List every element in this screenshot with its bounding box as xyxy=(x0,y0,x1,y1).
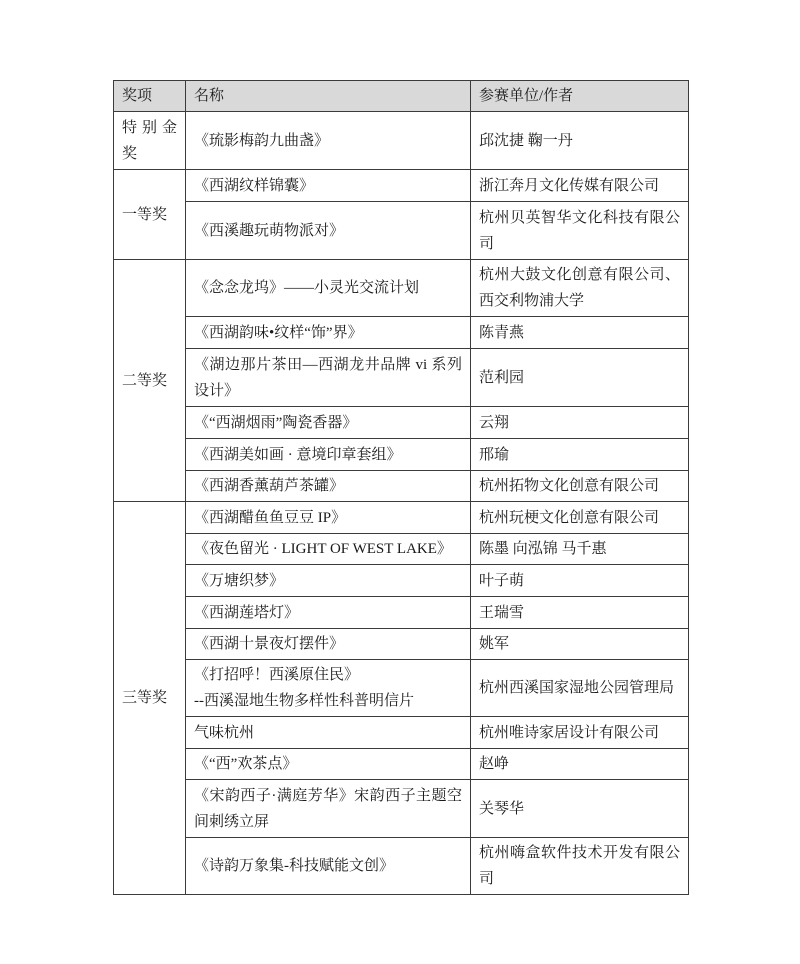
entry-name-cell: 《西湖纹样锦囊》 xyxy=(186,170,471,202)
table-row: 《西湖莲塔灯》王瑞雪 xyxy=(114,597,689,629)
table-row: 《西湖韵味•纹样“饰”界》陈青燕 xyxy=(114,317,689,349)
table-row: 《西湖美如画 · 意境印章套组》邢瑜 xyxy=(114,439,689,471)
entry-unit-cell: 范利园 xyxy=(471,349,689,407)
entry-unit-cell: 云翔 xyxy=(471,407,689,439)
entry-unit-cell: 浙江奔月文化传媒有限公司 xyxy=(471,170,689,202)
entry-unit-cell: 杭州拓物文化创意有限公司 xyxy=(471,471,689,502)
table-row: 三等奖《西湖醋鱼鱼豆豆 IP》杭州玩梗文化创意有限公司 xyxy=(114,502,689,534)
entry-name-cell: 《万塘织梦》 xyxy=(186,565,471,597)
entry-unit-cell: 关琴华 xyxy=(471,780,689,838)
table-row: 《“西”欢茶点》赵峥 xyxy=(114,749,689,780)
entry-name-cell: 《打招呼！西溪原住民》 --西溪湿地生物多样性科普明信片 xyxy=(186,660,471,717)
table-row: 气味杭州杭州唯诗家居设计有限公司 xyxy=(114,717,689,749)
awards-table-body: 特别金奖《琉影梅韵九曲盏》邱沈捷 鞠一丹一等奖《西湖纹样锦囊》浙江奔月文化传媒有… xyxy=(114,112,689,895)
entry-name-cell: 《“西湖烟雨”陶瓷香器》 xyxy=(186,407,471,439)
entry-unit-cell: 杭州大鼓文化创意有限公司、西交利物浦大学 xyxy=(471,260,689,317)
entry-name-cell: 气味杭州 xyxy=(186,717,471,749)
entry-name-cell: 《西湖韵味•纹样“饰”界》 xyxy=(186,317,471,349)
entry-name-cell: 《西湖十景夜灯摆件》 xyxy=(186,629,471,660)
award-tier-cell: 二等奖 xyxy=(114,260,186,502)
table-header-row: 奖项 名称 参赛单位/作者 xyxy=(114,81,689,112)
table-row: 《夜色留光 · LIGHT OF WEST LAKE》陈墨 向泓锦 马千惠 xyxy=(114,534,689,565)
entry-name-cell: 《西湖香薰葫芦茶罐》 xyxy=(186,471,471,502)
entry-unit-cell: 杭州唯诗家居设计有限公司 xyxy=(471,717,689,749)
table-row: 《湖边那片茶田—西湖龙井品牌 vi 系列设计》范利园 xyxy=(114,349,689,407)
entry-name-cell: 《西湖莲塔灯》 xyxy=(186,597,471,629)
table-row: 二等奖《念念龙坞》——小灵光交流计划杭州大鼓文化创意有限公司、西交利物浦大学 xyxy=(114,260,689,317)
entry-unit-cell: 王瑞雪 xyxy=(471,597,689,629)
award-tier-cell: 三等奖 xyxy=(114,502,186,895)
entry-name-cell: 《念念龙坞》——小灵光交流计划 xyxy=(186,260,471,317)
table-row: 《打招呼！西溪原住民》 --西溪湿地生物多样性科普明信片杭州西溪国家湿地公园管理… xyxy=(114,660,689,717)
entry-name-cell: 《诗韵万象集-科技赋能文创》 xyxy=(186,838,471,895)
entry-name-cell: 《西湖醋鱼鱼豆豆 IP》 xyxy=(186,502,471,534)
entry-unit-cell: 陈青燕 xyxy=(471,317,689,349)
table-row: 《西湖香薰葫芦茶罐》杭州拓物文化创意有限公司 xyxy=(114,471,689,502)
entry-name-cell: 《夜色留光 · LIGHT OF WEST LAKE》 xyxy=(186,534,471,565)
entry-unit-cell: 杭州贝英智华文化科技有限公司 xyxy=(471,202,689,260)
entry-unit-cell: 赵峥 xyxy=(471,749,689,780)
awards-table: 奖项 名称 参赛单位/作者 特别金奖《琉影梅韵九曲盏》邱沈捷 鞠一丹一等奖《西湖… xyxy=(113,80,689,895)
entry-unit-cell: 杭州玩梗文化创意有限公司 xyxy=(471,502,689,534)
entry-name-cell: 《湖边那片茶田—西湖龙井品牌 vi 系列设计》 xyxy=(186,349,471,407)
award-tier-cell: 特别金奖 xyxy=(114,112,186,170)
table-row: 《“西湖烟雨”陶瓷香器》云翔 xyxy=(114,407,689,439)
entry-name-cell: 《琉影梅韵九曲盏》 xyxy=(186,112,471,170)
header-award: 奖项 xyxy=(114,81,186,112)
entry-unit-cell: 邢瑜 xyxy=(471,439,689,471)
entry-name-cell: 《宋韵西子·满庭芳华》宋韵西子主题空间刺绣立屏 xyxy=(186,780,471,838)
table-row: 《宋韵西子·满庭芳华》宋韵西子主题空间刺绣立屏关琴华 xyxy=(114,780,689,838)
entry-name-cell: 《“西”欢茶点》 xyxy=(186,749,471,780)
header-unit: 参赛单位/作者 xyxy=(471,81,689,112)
table-row: 《诗韵万象集-科技赋能文创》杭州嗨盒软件技术开发有限公司 xyxy=(114,838,689,895)
entry-unit-cell: 邱沈捷 鞠一丹 xyxy=(471,112,689,170)
table-row: 《万塘织梦》叶子萌 xyxy=(114,565,689,597)
table-row: 一等奖《西湖纹样锦囊》浙江奔月文化传媒有限公司 xyxy=(114,170,689,202)
entry-unit-cell: 陈墨 向泓锦 马千惠 xyxy=(471,534,689,565)
table-row: 特别金奖《琉影梅韵九曲盏》邱沈捷 鞠一丹 xyxy=(114,112,689,170)
entry-unit-cell: 叶子萌 xyxy=(471,565,689,597)
table-row: 《西溪趣玩萌物派对》杭州贝英智华文化科技有限公司 xyxy=(114,202,689,260)
document-page: 奖项 名称 参赛单位/作者 特别金奖《琉影梅韵九曲盏》邱沈捷 鞠一丹一等奖《西湖… xyxy=(0,0,800,964)
entry-name-cell: 《西湖美如画 · 意境印章套组》 xyxy=(186,439,471,471)
award-tier-cell: 一等奖 xyxy=(114,170,186,260)
entry-unit-cell: 杭州西溪国家湿地公园管理局 xyxy=(471,660,689,717)
header-name: 名称 xyxy=(186,81,471,112)
table-row: 《西湖十景夜灯摆件》姚军 xyxy=(114,629,689,660)
entry-name-cell: 《西溪趣玩萌物派对》 xyxy=(186,202,471,260)
entry-unit-cell: 姚军 xyxy=(471,629,689,660)
entry-unit-cell: 杭州嗨盒软件技术开发有限公司 xyxy=(471,838,689,895)
